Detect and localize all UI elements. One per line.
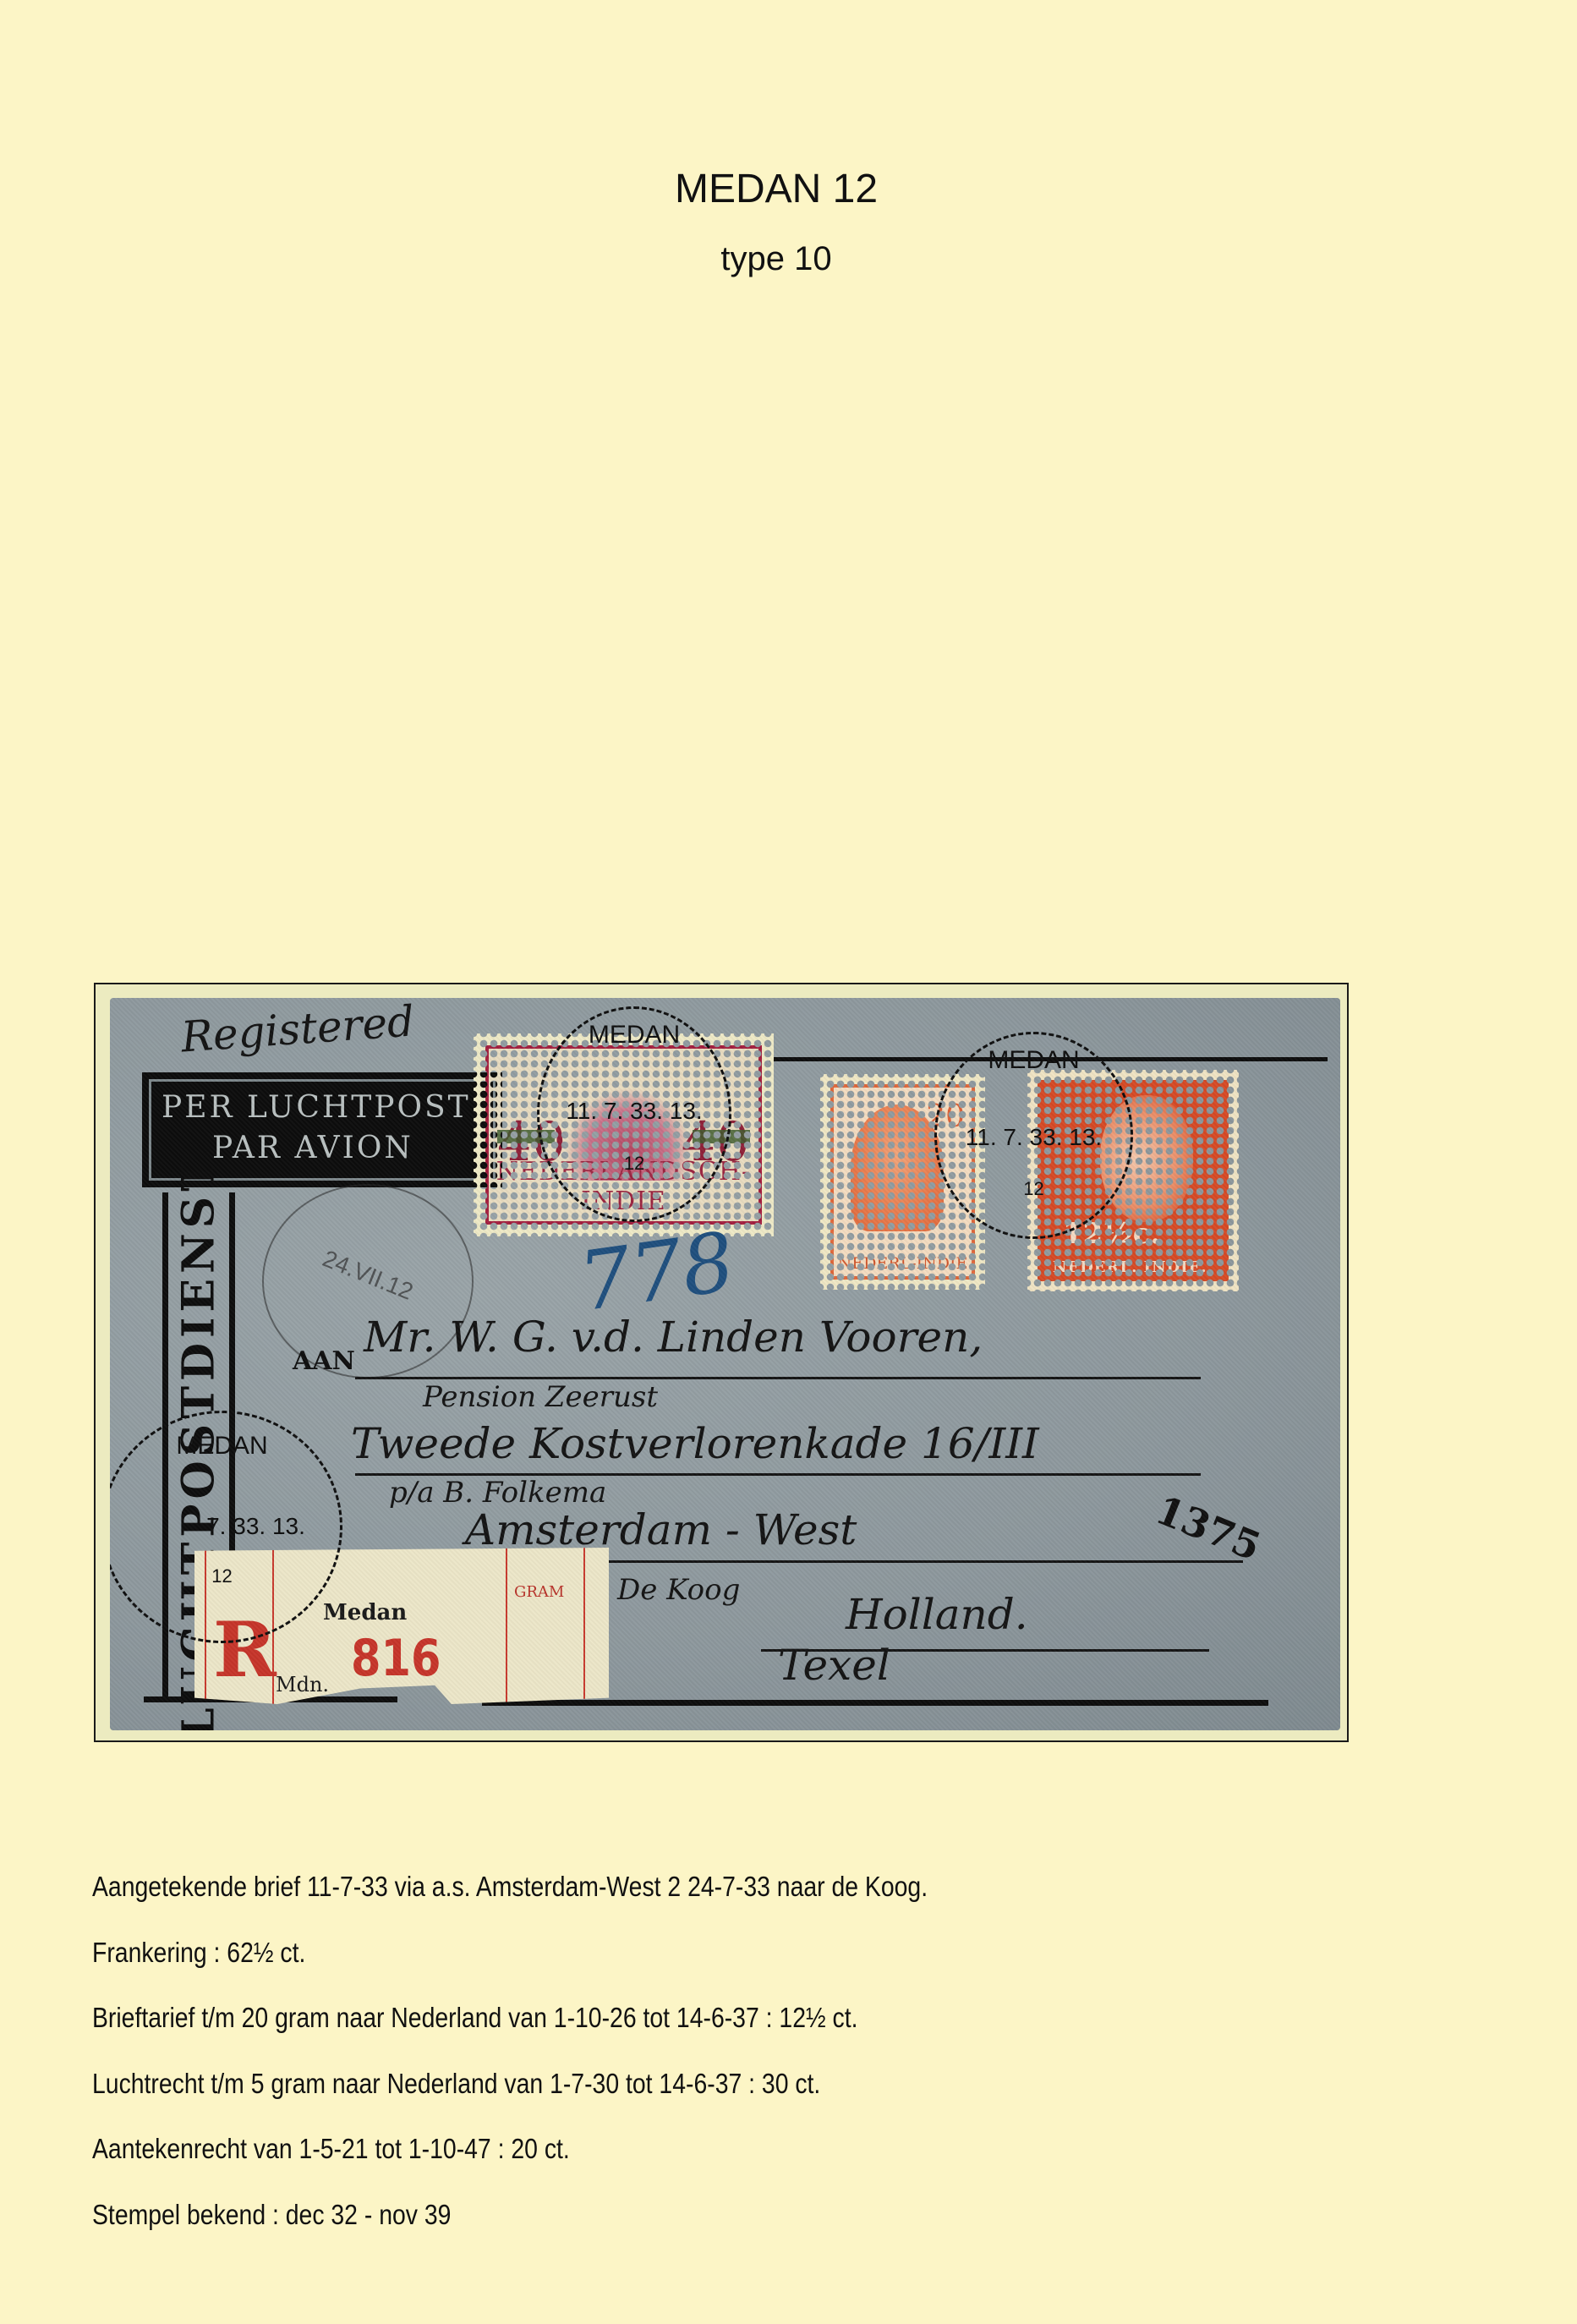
note-route: Aangetekende brief 11-7-33 via a.s. Amst… <box>92 1871 928 1937</box>
note-registration-fee: Aantekenrecht van 1-5-21 tot 1-10-47 : 2… <box>92 2133 928 2199</box>
note-postmark-known: Stempel bekend : dec 32 - nov 39 <box>92 2199 928 2265</box>
luchtpostdienst-column: LUCHTPOSTDIENST <box>162 1192 235 1700</box>
note-airmail-fee: Luchtrecht t/m 5 gram naar Nederland van… <box>92 2068 928 2134</box>
registration-letter: R <box>213 1605 277 1695</box>
address-line-rule-1 <box>355 1377 1201 1379</box>
address-redirect-town: De Koog <box>617 1573 740 1607</box>
stamp-frame: 40 40 NEDERLANDSCH-INDIE <box>485 1045 762 1225</box>
blue-pencil-mark: 778 <box>573 1214 740 1329</box>
queen-portrait-icon <box>851 1104 944 1231</box>
address-city: Amsterdam - West <box>465 1505 857 1554</box>
postmark-office: 12 <box>110 1565 340 1587</box>
label-rule <box>583 1548 585 1704</box>
airmail-label-line2: PAR AVION <box>212 1131 567 1165</box>
medan-postmark-1: MEDAN 11. 7. 33. 13. 12 <box>537 1006 731 1222</box>
stamp-artwork <box>565 1088 692 1181</box>
stamp-country: NEDERLANDSCH-INDIE <box>489 1157 758 1216</box>
medan-postmark-2: MEDAN 11. 7. 33. 13. 12 <box>934 1032 1133 1239</box>
postmark-date: 11. 7. 33. 13. <box>539 1098 729 1125</box>
address-pension: Pension Zeerust <box>423 1380 658 1414</box>
stamp-country: NEDERL-INDIE <box>834 1254 972 1273</box>
stamp-frame: 20 NEDERL-INDIE <box>830 1084 975 1280</box>
address-island: Texel <box>778 1641 890 1690</box>
page-title: MEDAN 12 <box>0 166 1552 212</box>
queen-portrait-icon <box>1100 1095 1193 1222</box>
label-rule <box>205 1548 206 1704</box>
airmail-cover: Registered PER LUCHTPOST PAR AVION LUCHT… <box>110 998 1340 1730</box>
registration-number: 816 <box>351 1629 441 1688</box>
registration-label: R Medan 816 Mdn. GRAM <box>194 1548 609 1704</box>
column-foot-rule <box>144 1696 397 1702</box>
overprint-bar-left <box>497 1130 555 1143</box>
stamp-value-right: 40 <box>682 1111 750 1174</box>
stamp-20c-wilhelmina: 20 NEDERL-INDIE <box>820 1074 985 1290</box>
printed-rule-top <box>769 1057 1328 1061</box>
stamp-value: 12½c. <box>1063 1217 1160 1251</box>
address-line-rule-2 <box>355 1473 1201 1476</box>
stamp-value-left: 40 <box>497 1111 566 1174</box>
luchtpostdienst-text: LUCHTPOSTDIENST <box>173 1154 225 1730</box>
label-rule <box>506 1548 507 1704</box>
address-line-rule-3 <box>355 1560 1243 1563</box>
handstamp-number: 1375 <box>1150 1487 1268 1570</box>
printed-rule-bottom <box>482 1700 1268 1706</box>
registration-office: Medan <box>323 1600 407 1625</box>
postmark-place: MEDAN <box>539 1021 729 1050</box>
postmark-place: MEDAN <box>937 1046 1131 1075</box>
registration-office-code: Mdn. <box>276 1673 329 1696</box>
arrival-postmark-date: 24.VII.12 <box>266 1224 469 1327</box>
postmark-date: 11. 7. 33. 13. <box>937 1124 1131 1151</box>
page-subtitle: type 10 <box>0 240 1552 278</box>
overprint-bar-right <box>693 1130 750 1143</box>
note-franking: Frankering : 62½ ct. <box>92 1937 928 2003</box>
label-rule <box>272 1548 274 1704</box>
stamp-40c-airmail: 40 40 NEDERLANDSCH-INDIE <box>474 1033 774 1236</box>
note-letter-rate: Brieftarief t/m 20 gram naar Nederland v… <box>92 2002 928 2068</box>
weight-label: GRAM <box>514 1583 564 1601</box>
arrival-postmark: 24.VII.12 <box>262 1184 474 1379</box>
postmark-date: 7. 33. 13. <box>110 1513 374 1540</box>
address-prefix: AAN <box>293 1346 355 1376</box>
address-country: Holland. <box>846 1590 1028 1639</box>
stamp-12-5c-wilhelmina: 12½c. NEDERL. INDIE. <box>1027 1070 1239 1291</box>
address-care-of: p/a B. Folkema <box>389 1476 606 1510</box>
airmail-label-line1: PER LUCHTPOST <box>162 1090 517 1125</box>
description-notes: Aangetekende brief 11-7-33 via a.s. Amst… <box>92 1871 928 2264</box>
address-street: Tweede Kostverlorenkade 16/III <box>351 1419 1039 1468</box>
medan-postmark-3: MEDAN 7. 33. 13. 12 <box>110 1411 342 1643</box>
postmark-place: MEDAN <box>110 1432 340 1461</box>
address-line-rule-4 <box>761 1649 1209 1652</box>
stamp-value: 20 <box>926 1099 965 1134</box>
airmail-label: PER LUCHTPOST PAR AVION <box>142 1072 502 1187</box>
stamp-frame: 12½c. NEDERL. INDIE. <box>1038 1080 1229 1281</box>
postmark-office: 12 <box>937 1178 1131 1200</box>
registered-handwriting: Registered <box>179 998 415 1062</box>
postmark-office: 12 <box>539 1153 729 1175</box>
address-name: Mr. W. G. v.d. Linden Vooren, <box>364 1313 983 1362</box>
stamp-country: NEDERL. INDIE. <box>1053 1258 1207 1276</box>
